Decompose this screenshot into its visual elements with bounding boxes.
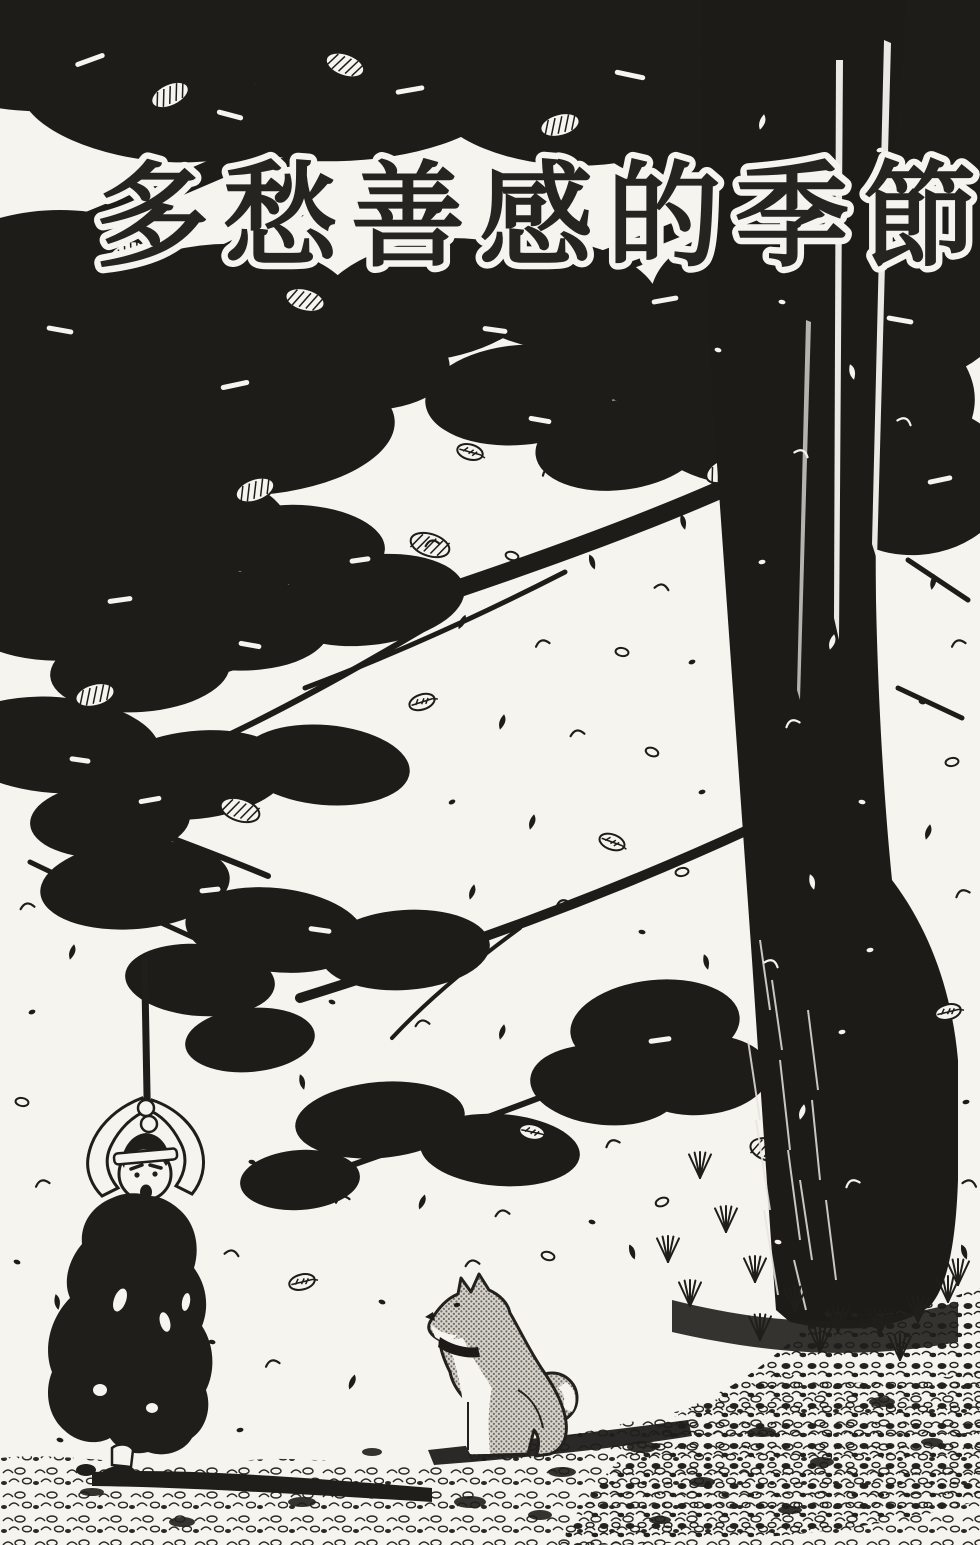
figure-white-sock [112,1444,133,1467]
cloth-highlight [146,1403,158,1413]
ground-leaf-litter [0,1456,430,1545]
figure-hands [141,1116,157,1132]
chapter-title-text: 多愁善感的季節 [95,150,980,283]
chapter-title: 多愁善感的季節 [95,150,980,283]
figure-hands [138,1100,154,1116]
manga-page: 多愁善感的季節 [0,0,980,1545]
manga-page-illustration: 多愁善感的季節 [0,0,980,1545]
figure-rear-foot [76,1464,96,1476]
figure-eye [152,1171,157,1176]
cloth-highlight [93,1384,107,1396]
figure-eye [134,1172,139,1177]
